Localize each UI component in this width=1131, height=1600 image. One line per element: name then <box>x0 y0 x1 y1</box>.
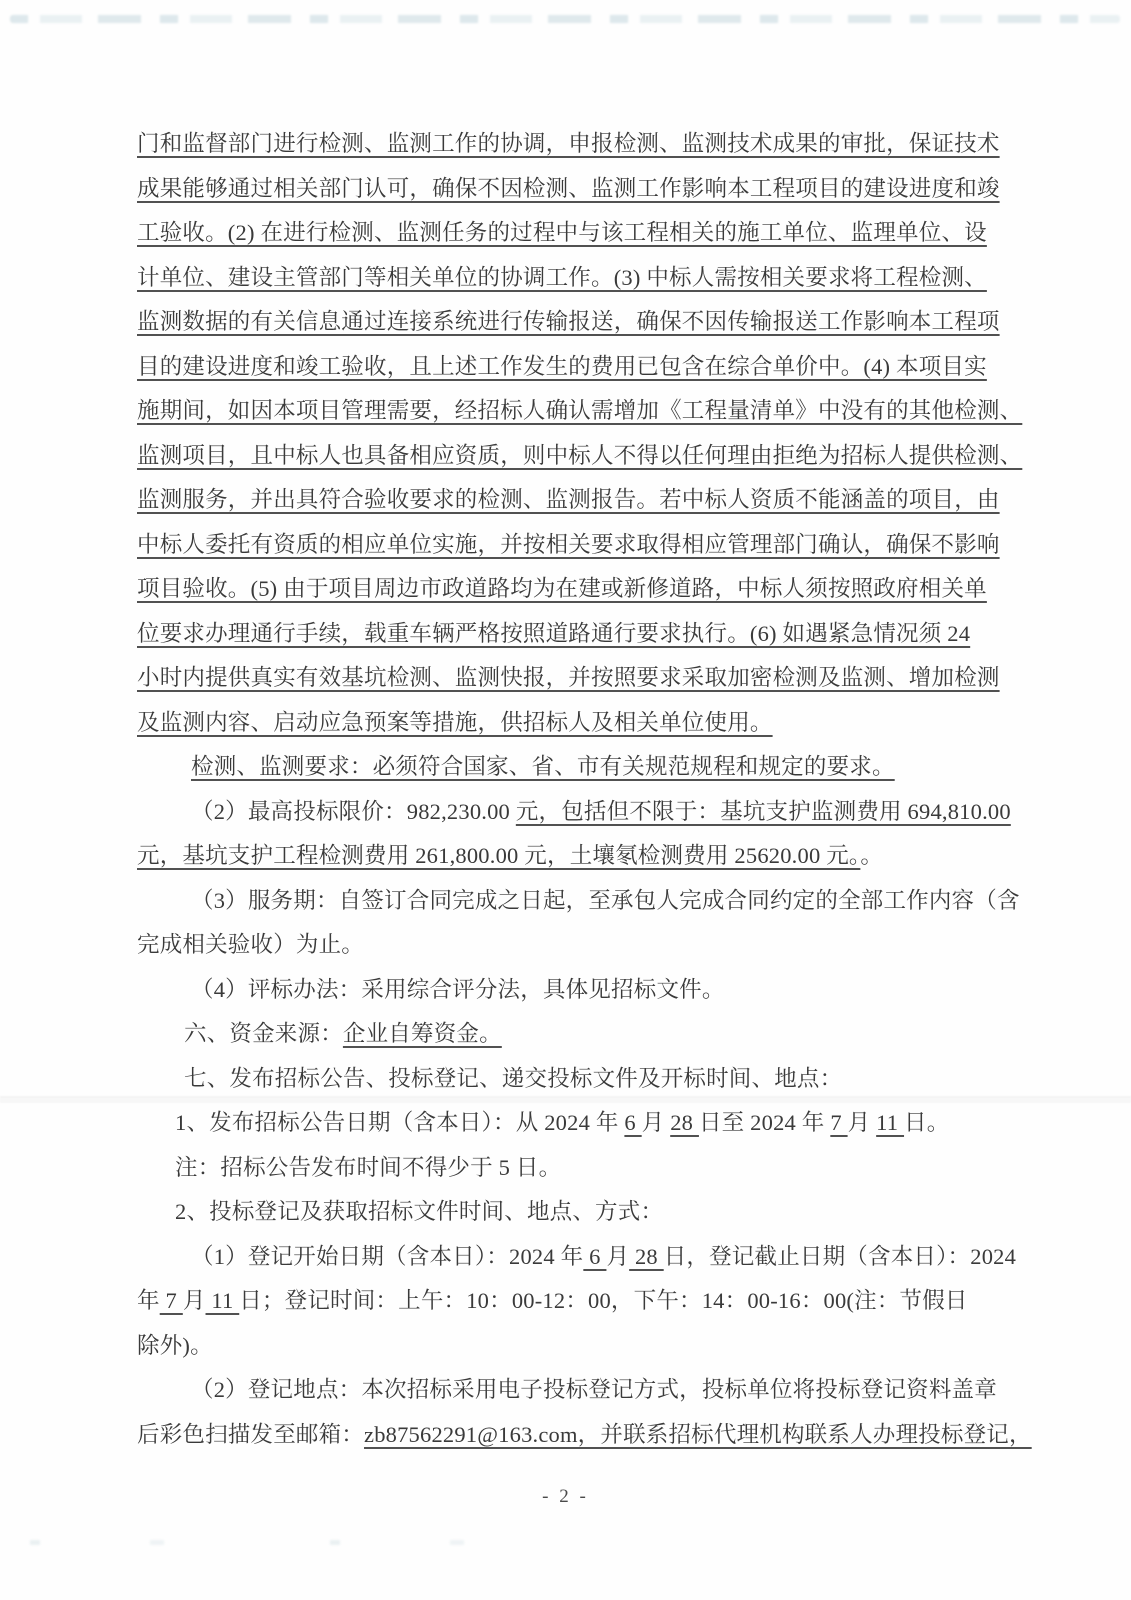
underlined-text: 6 <box>624 1110 641 1135</box>
plain-text: （3）服务期：自签订合同完成之日起，至承包人完成合同约定的全部工作内容（含 <box>191 888 1020 913</box>
text-line: 目的建设进度和竣工验收，且上述工作发生的费用已包含在综合单价中。(4) 本项目实 <box>137 345 1010 390</box>
text-line: 小时内提供真实有效基坑检测、监测快报，并按照要求采取加密检测及监测、增加检测 <box>137 656 1010 701</box>
plain-text: 月 <box>183 1288 206 1313</box>
underlined-text: 中标人委托有资质的相应单位实施，并按相关要求取得相应管理部门确认，确保不影响 <box>137 532 1000 557</box>
text-line: （2）登记地点：本次招标采用电子投标登记方式，投标单位将投标登记资料盖章 <box>137 1368 1010 1413</box>
text-line: 监测数据的有关信息通过连接系统进行传输报送，确保不因传输报送工作影响本工程项 <box>137 300 1010 345</box>
document-body: 门和监督部门进行检测、监测工作的协调，申报检测、监测技术成果的审批，保证技术成果… <box>137 122 1010 1457</box>
plain-text: 完成相关验收）为止。 <box>137 932 364 957</box>
underlined-text: 施期间，如因本项目管理需要，经招标人确认需增加《工程量清单》中没有的其他检测、 <box>137 398 1022 423</box>
text-line: 元，基坑支护工程检测费用 261,800.00 元，土壤氡检测费用 25620.… <box>137 834 1010 879</box>
plain-text: 日；登记时间：上午：10：00-12：00，下午：14：00-16：00(注：节… <box>239 1288 967 1313</box>
plain-text: 月 <box>642 1110 671 1135</box>
text-line: 计单位、建设主管部门等相关单位的协调工作。(3) 中标人需按相关要求将工程检测、 <box>137 256 1010 301</box>
underlined-text: 计单位、建设主管部门等相关单位的协调工作。(3) 中标人需按相关要求将工程检测、 <box>137 265 987 290</box>
plain-text: 七、发布招标公告、投标登记、递交投标文件及开标时间、地点： <box>184 1066 842 1091</box>
text-line: 除外)。 <box>137 1324 1010 1369</box>
underlined-text: 成果能够通过相关部门认可，确保不因检测、监测工作影响本工程项目的建设进度和竣 <box>137 176 1000 201</box>
underlined-text: 位要求办理通行手续，载重车辆严格按照道路通行要求执行。(6) 如遇紧急情况须 2… <box>137 621 970 646</box>
text-line: 成果能够通过相关部门认可，确保不因检测、监测工作影响本工程项目的建设进度和竣 <box>137 167 1010 212</box>
text-line: 门和监督部门进行检测、监测工作的协调，申报检测、监测技术成果的审批，保证技术 <box>137 122 1010 167</box>
plain-text: （2）最高投标限价：982,230.00 <box>191 799 516 824</box>
plain-text: 月 <box>606 1244 629 1269</box>
plain-text: （1）登记开始日期（含本日）：2024 年 <box>191 1244 583 1269</box>
text-line: 监测服务，并出具符合验收要求的检测、监测报告。若中标人资质不能涵盖的项目，由 <box>137 478 1010 523</box>
page-number: - 2 - <box>0 1486 1131 1508</box>
plain-text: 六、资金来源： <box>184 1021 343 1046</box>
underlined-text: 元，基坑支护工程检测费用 261,800.00 元，土壤氡检测费用 25620.… <box>137 843 860 868</box>
text-line: （2）最高投标限价：982,230.00 元，包括但不限于：基坑支护监测费用 6… <box>137 790 1010 835</box>
text-line: 六、资金来源：企业自筹资金。 <box>137 1012 1010 1057</box>
text-line: （3）服务期：自签订合同完成之日起，至承包人完成合同约定的全部工作内容（含 <box>137 879 1010 924</box>
text-line: 监测项目，且中标人也具备相应资质，则中标人不得以任何理由拒绝为招标人提供检测、 <box>137 434 1010 479</box>
plain-text: 2、投标登记及获取招标文件时间、地点、方式： <box>175 1199 663 1224</box>
underlined-text: 检测、监测要求：必须符合国家、省、市有关规范规程和规定的要求。 <box>191 754 895 779</box>
scan-noise-band-bottom <box>30 1540 530 1545</box>
text-line: 中标人委托有资质的相应单位实施，并按相关要求取得相应管理部门确认，确保不影响 <box>137 523 1010 568</box>
underlined-text: 元，包括但不限于：基坑支护监测费用 694,810.00 <box>516 799 1011 824</box>
text-line: 1、发布招标公告日期（含本日）：从 2024 年 6 月 28 日至 2024 … <box>137 1101 1010 1146</box>
plain-text: 月 <box>848 1110 877 1135</box>
text-line: 完成相关验收）为止。 <box>137 923 1010 968</box>
plain-text: 日，登记截止日期（含本日）：2024 <box>664 1244 1016 1269</box>
underlined-text: 监测项目，且中标人也具备相应资质，则中标人不得以任何理由拒绝为招标人提供检测、 <box>137 443 1022 468</box>
text-line: 检测、监测要求：必须符合国家、省、市有关规范规程和规定的要求。 <box>137 745 1010 790</box>
plain-text: （4）评标办法：采用综合评分法，具体见招标文件。 <box>191 977 725 1002</box>
text-line: 注：招标公告发布时间不得少于 5 日。 <box>137 1146 1010 1191</box>
underlined-text: 11 <box>206 1288 240 1313</box>
text-line: 七、发布招标公告、投标登记、递交投标文件及开标时间、地点： <box>137 1057 1010 1102</box>
plain-text: （2）登记地点：本次招标采用电子投标登记方式，投标单位将投标登记资料盖章 <box>191 1377 997 1402</box>
text-line: （1）登记开始日期（含本日）：2024 年 6 月 28 日，登记截止日期（含本… <box>137 1235 1010 1280</box>
plain-text: 除外)。 <box>137 1333 213 1358</box>
plain-text: 年 <box>137 1288 160 1313</box>
underlined-text: 目的建设进度和竣工验收，且上述工作发生的费用已包含在综合单价中。(4) 本项目实 <box>137 354 987 379</box>
scan-streak <box>0 1096 1131 1103</box>
plain-text: 后彩色扫描发至邮箱： <box>137 1422 364 1447</box>
text-line: 项目验收。(5) 由于项目周边市政道路均为在建或新修道路，中标人须按照政府相关单 <box>137 567 1010 612</box>
underlined-text: zb87562291@163.com，并联系招标代理机构联系人办理投标登记， <box>364 1422 1032 1447</box>
text-line: 工验收。(2) 在进行检测、监测任务的过程中与该工程相关的施工单位、监理单位、设 <box>137 211 1010 256</box>
underlined-text: 7 <box>830 1110 847 1135</box>
underlined-text: 7 <box>160 1288 183 1313</box>
scan-noise-band-top <box>10 15 1120 23</box>
underlined-text: 6 <box>583 1244 606 1269</box>
plain-text: 日。 <box>904 1110 949 1135</box>
text-line: 位要求办理通行手续，载重车辆严格按照道路通行要求执行。(6) 如遇紧急情况须 2… <box>137 612 1010 657</box>
text-line: 施期间，如因本项目管理需要，经招标人确认需增加《工程量清单》中没有的其他检测、 <box>137 389 1010 434</box>
underlined-text: 小时内提供真实有效基坑检测、监测快报，并按照要求采取加密检测及监测、增加检测 <box>137 665 1000 690</box>
plain-text: 注：招标公告发布时间不得少于 5 日。 <box>175 1155 561 1180</box>
underlined-text: 及监测内容、启动应急预案等措施，供招标人及相关单位使用。 <box>137 710 773 735</box>
text-line: （4）评标办法：采用综合评分法，具体见招标文件。 <box>137 968 1010 1013</box>
underlined-text: 工验收。(2) 在进行检测、监测任务的过程中与该工程相关的施工单位、监理单位、设 <box>137 220 987 245</box>
underlined-text: 企业自筹资金。 <box>343 1021 502 1046</box>
text-line: 及监测内容、启动应急预案等措施，供招标人及相关单位使用。 <box>137 701 1010 746</box>
underlined-text: 28 <box>670 1110 699 1135</box>
underlined-text: 门和监督部门进行检测、监测工作的协调，申报检测、监测技术成果的审批，保证技术 <box>137 131 1000 156</box>
scanned-document-page: 门和监督部门进行检测、监测工作的协调，申报检测、监测技术成果的审批，保证技术成果… <box>0 0 1131 1600</box>
underlined-text: 项目验收。(5) 由于项目周边市政道路均为在建或新修道路，中标人须按照政府相关单 <box>137 576 987 601</box>
text-line: 后彩色扫描发至邮箱：zb87562291@163.com，并联系招标代理机构联系… <box>137 1413 1010 1458</box>
plain-text: 。 <box>860 843 883 868</box>
underlined-text: 监测服务，并出具符合验收要求的检测、监测报告。若中标人资质不能涵盖的项目，由 <box>137 487 1000 512</box>
text-line: 2、投标登记及获取招标文件时间、地点、方式： <box>137 1190 1010 1235</box>
underlined-text: 11 <box>876 1110 904 1135</box>
plain-text: 日至 2024 年 <box>699 1110 830 1135</box>
text-line: 年 7 月 11 日；登记时间：上午：10：00-12：00，下午：14：00-… <box>137 1279 1010 1324</box>
underlined-text: 28 <box>629 1244 664 1269</box>
underlined-text: 监测数据的有关信息通过连接系统进行传输报送，确保不因传输报送工作影响本工程项 <box>137 309 1000 334</box>
plain-text: 1、发布招标公告日期（含本日）：从 2024 年 <box>175 1110 624 1135</box>
